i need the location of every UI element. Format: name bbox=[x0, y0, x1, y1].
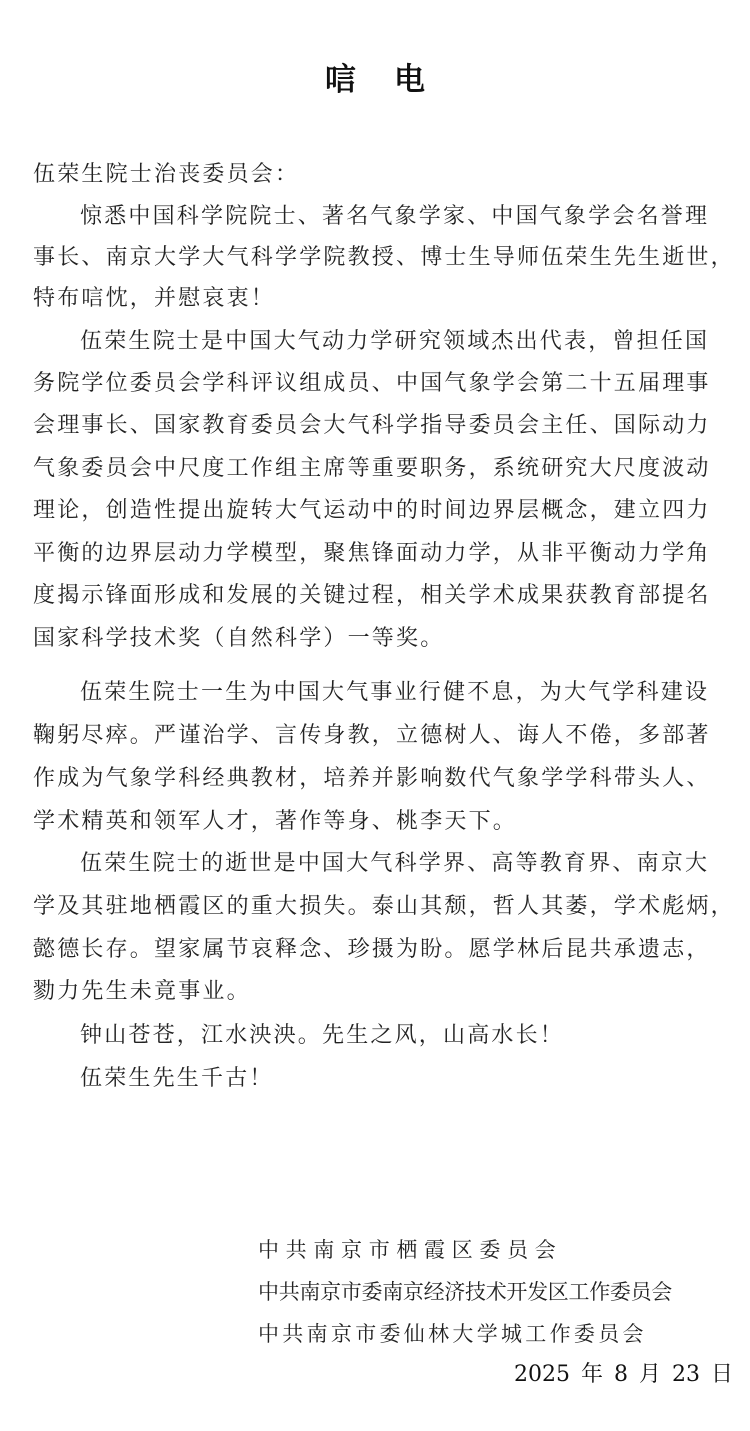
signatory-2: 中共南京市委南京经济技术开发区工作委员会 bbox=[258, 1278, 672, 1306]
paragraph-2-line-1: 伍荣生院士是中国大气动力学研究领域杰出代表，曾担任国 bbox=[80, 328, 750, 356]
document-title: 唁电 bbox=[0, 60, 750, 100]
paragraph-1-line-3: 特布唁忱，并慰哀衷！ bbox=[33, 285, 723, 313]
salutation: 伍荣生院士治丧委员会： bbox=[33, 161, 723, 189]
paragraph-4-line-2: 学及其驻地栖霞区的重大损失。泰山其颓，哲人其萎，学术彪炳， bbox=[33, 893, 723, 921]
paragraph-3-line-3: 作成为气象学科经典教材，培养并影响数代气象学学科带头人、 bbox=[33, 765, 723, 793]
paragraph-3-line-2: 鞠躬尽瘁。严谨治学、言传身教，立德树人、诲人不倦，多部著 bbox=[33, 722, 723, 750]
signatory-3: 中共南京市委仙林大学城工作委员会 bbox=[258, 1320, 647, 1348]
paragraph-4-line-1: 伍荣生院士的逝世是中国大气科学界、高等教育界、南京大 bbox=[80, 850, 750, 878]
closing-line-1: 钟山苍苍，江水泱泱。先生之风，山高水长！ bbox=[80, 1022, 750, 1050]
paragraph-1-line-1: 惊悉中国科学院院士、著名气象学家、中国气象学会名誉理 bbox=[80, 203, 750, 231]
paragraph-2-line-7: 度揭示锋面形成和发展的关键过程，相关学术成果获教育部提名 bbox=[33, 582, 723, 610]
paragraph-2-line-2: 务院学位委员会学科评议组成员、中国气象学会第二十五届理事 bbox=[33, 370, 723, 398]
paragraph-3-line-4: 学术精英和领军人才，著作等身、桃李天下。 bbox=[33, 808, 723, 836]
paragraph-3-line-1: 伍荣生院士一生为中国大气事业行健不息，为大气学科建设 bbox=[80, 679, 750, 707]
document-date: 2025 年 8 月 23 日 bbox=[514, 1361, 733, 1389]
paragraph-1-line-2: 事长、南京大学大气科学学院教授、博士生导师伍荣生先生逝世， bbox=[33, 244, 723, 272]
closing-line-2: 伍荣生先生千古！ bbox=[80, 1065, 750, 1093]
signatory-1: 中 共 南 京 市 栖 霞 区 委 员 会 bbox=[258, 1236, 556, 1264]
paragraph-4-line-4: 勠力先生未竟事业。 bbox=[33, 978, 723, 1006]
paragraph-2-line-6: 平衡的边界层动力学模型，聚焦锋面动力学，从非平衡动力学角 bbox=[33, 540, 723, 568]
paragraph-2-line-5: 理论，创造性提出旋转大气运动中的时间边界层概念，建立四力 bbox=[33, 497, 723, 525]
paragraph-2-line-8: 国家科学技术奖（自然科学）一等奖。 bbox=[33, 625, 723, 653]
paragraph-4-line-3: 懿德长存。望家属节哀释念、珍摄为盼。愿学林后昆共承遗志， bbox=[33, 936, 723, 964]
paragraph-2-line-4: 气象委员会中尺度工作组主席等重要职务，系统研究大尺度波动 bbox=[33, 455, 723, 483]
paragraph-2-line-3: 会理事长、国家教育委员会大气科学指导委员会主任、国际动力 bbox=[33, 412, 723, 440]
